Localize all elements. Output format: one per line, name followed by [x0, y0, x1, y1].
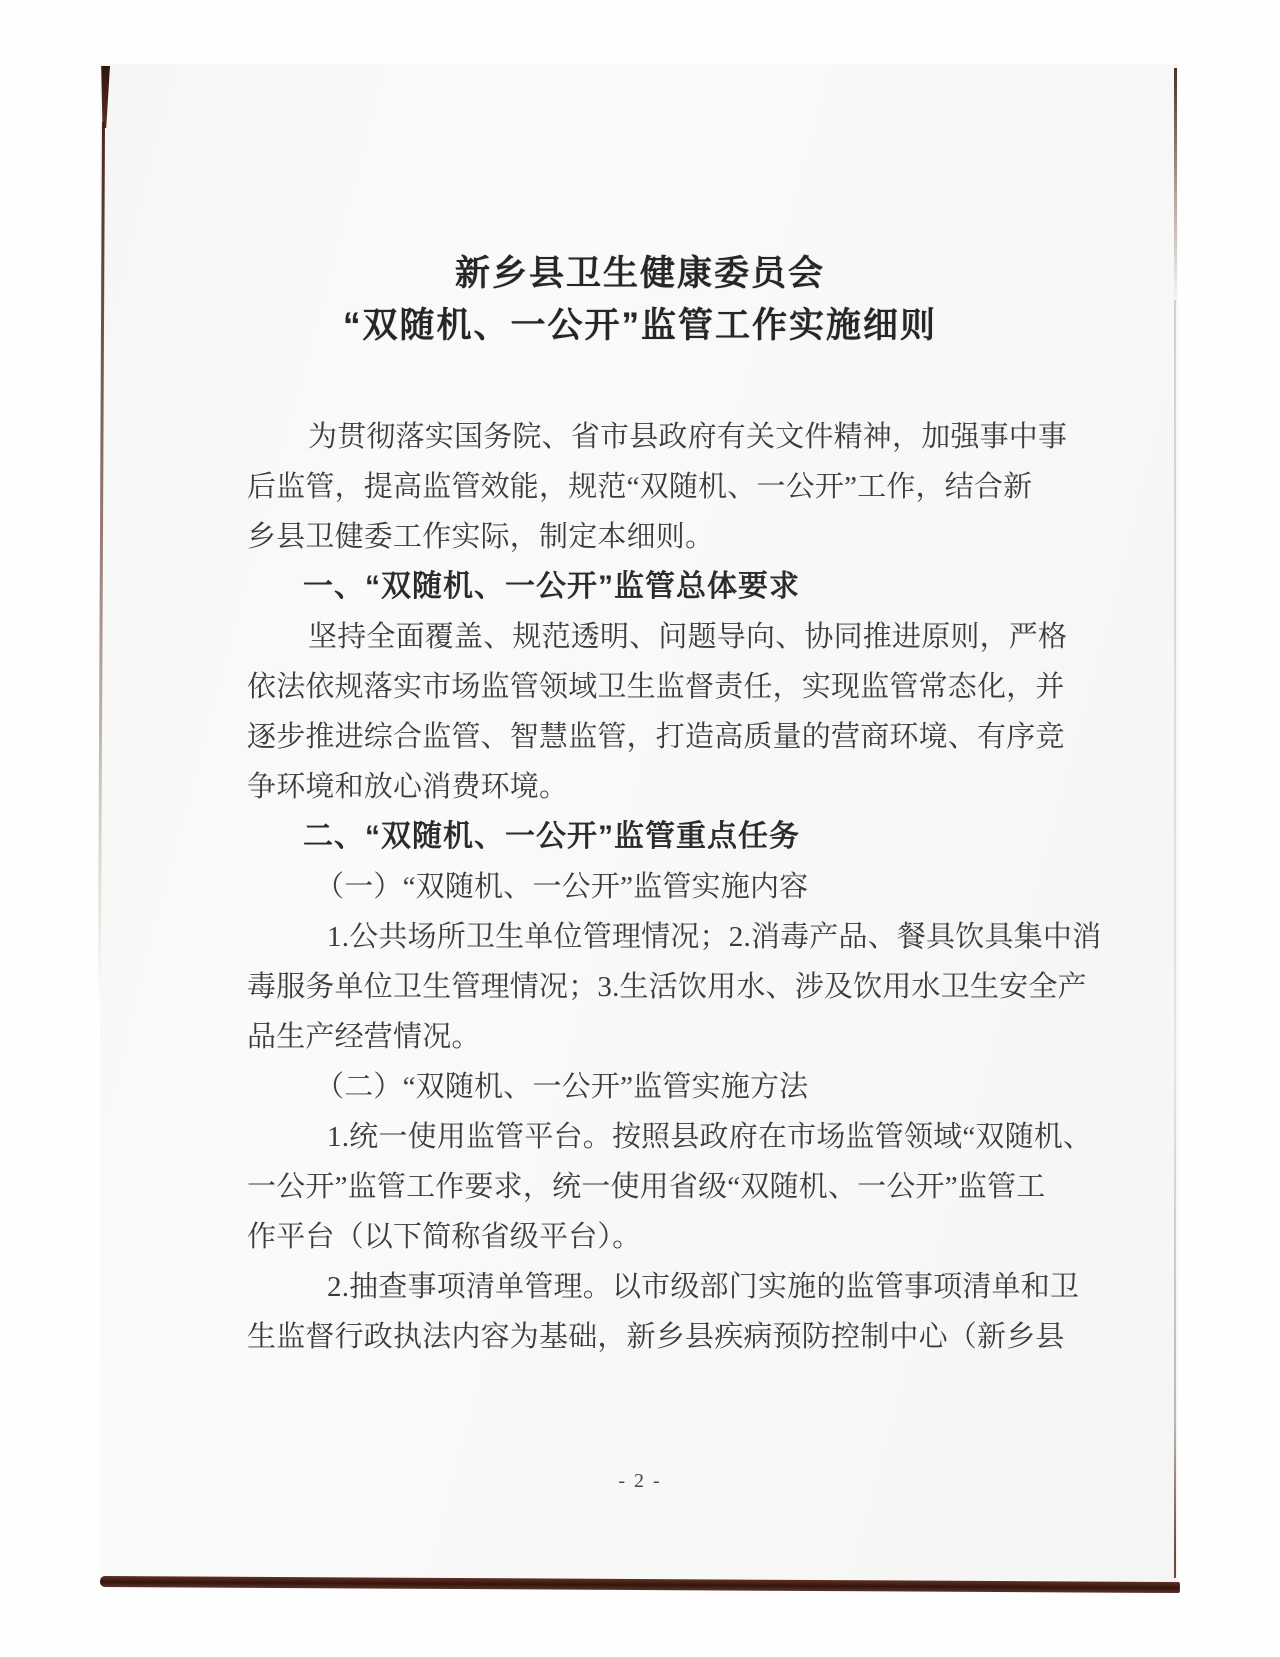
page-number: - 2 -	[0, 1470, 1280, 1493]
doc-line: 为贯彻落实国务院、省市县政府有关文件精神，加强事中事	[247, 412, 1069, 462]
subsection-heading-1: （一）“双随机、一公开”监管实施内容	[247, 862, 1069, 912]
doc-line: 1.统一使用监管平台。按照县政府在市场监管领域“双随机、	[247, 1112, 1069, 1162]
doc-line: 毒服务单位卫生管理情况；3.生活饮用水、涉及饮用水卫生安全产	[247, 962, 1069, 1012]
doc-body: 为贯彻落实国务院、省市县政府有关文件精神，加强事中事 后监管，提高监管效能，规范…	[247, 412, 1069, 1362]
document-scan-canvas: 新乡县卫生健康委员会 “双随机、一公开”监管工作实施细则 为贯彻落实国务院、省市…	[0, 0, 1280, 1657]
doc-line: 后监管，提高监管效能，规范“双随机、一公开”工作，结合新	[247, 462, 1069, 512]
doc-title: 新乡县卫生健康委员会 “双随机、一公开”监管工作实施细则	[150, 248, 1130, 352]
doc-title-line-2: “双随机、一公开”监管工作实施细则	[150, 300, 1130, 352]
doc-line: 一公开”监管工作要求，统一使用省级“双随机、一公开”监管工	[247, 1162, 1069, 1212]
page-edge-right-line	[1174, 68, 1177, 303]
page-edge-right-faint-line	[1174, 300, 1176, 1578]
section-heading-2: 二、“双随机、一公开”监管重点任务	[247, 812, 1069, 862]
section-heading-1: 一、“双随机、一公开”监管总体要求	[247, 562, 1069, 612]
doc-line: 作平台（以下简称省级平台）。	[247, 1212, 1069, 1262]
doc-line: 1.公共场所卫生单位管理情况；2.消毒产品、餐具饮具集中消	[247, 912, 1069, 962]
doc-title-line-1: 新乡县卫生健康委员会	[150, 248, 1130, 300]
doc-line: 2.抽查事项清单管理。以市级部门实施的监管事项清单和卫	[247, 1262, 1069, 1312]
subsection-heading-2: （二）“双随机、一公开”监管实施方法	[247, 1062, 1069, 1112]
doc-line: 品生产经营情况。	[247, 1012, 1069, 1062]
doc-line: 乡县卫健委工作实际，制定本细则。	[247, 512, 1069, 562]
doc-line: 依法依规落实市场监管领域卫生监督责任，实现监管常态化，并	[247, 662, 1069, 712]
doc-line: 争环境和放心消费环境。	[247, 762, 1069, 812]
doc-line: 生监督行政执法内容为基础，新乡县疾病预防控制中心（新乡县	[247, 1312, 1069, 1362]
doc-line: 坚持全面覆盖、规范透明、问题导向、协同推进原则，严格	[247, 612, 1069, 662]
doc-line: 逐步推进综合监管、智慧监管，打造高质量的营商环境、有序竞	[247, 712, 1069, 762]
